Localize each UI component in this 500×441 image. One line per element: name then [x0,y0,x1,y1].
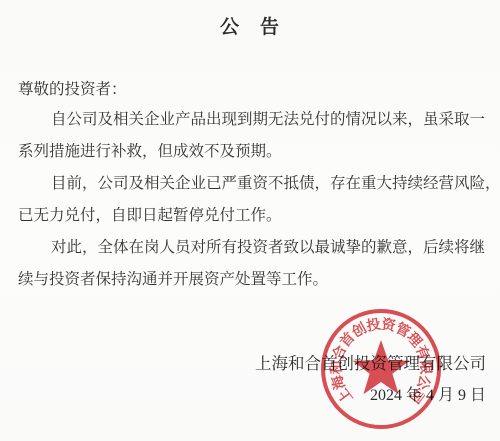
svg-text:海: 海 [328,372,349,391]
paragraph-line: 自公司及相关企业产品出现到期无法兑付的情况以来，虽采取一 [18,104,500,136]
signature-company: 上海和合首创投资管理有限公司 [255,350,486,374]
paragraph-line: 续与投资者保持沟通并开展资产处置等工作。 [18,264,500,296]
announcement-document: 公 告 尊敬的投资者： 自公司及相关企业产品出现到期无法兑付的情况以来，虽采取一… [0,0,500,441]
paragraph-line: 对此，全体在岗人员对所有投资者致以最诚挚的歉意，后续将继 [18,232,500,264]
document-title: 公 告 [0,12,500,39]
document-body: 自公司及相关企业产品出现到期无法兑付的情况以来，虽采取一 系列措施进行补救，但成… [18,104,500,296]
signature-date: 2024 年 4 月 9 日 [370,382,486,405]
svg-text:理: 理 [404,330,426,352]
paragraph-line: 已无力兑付，自即日起暂停兑付工作。 [18,200,500,232]
paragraph-line: 目前，公司及相关企业已严重资不抵债，存在重大持续经营风险， [18,168,500,200]
paragraph-line: 系列措施进行补救，但成效不及预期。 [18,136,500,168]
svg-text:首: 首 [336,329,358,351]
svg-text:投: 投 [365,316,382,335]
svg-text:管: 管 [392,319,413,341]
svg-text:上: 上 [335,385,356,406]
svg-text:资: 资 [380,316,398,335]
salutation: 尊敬的投资者： [18,77,127,99]
svg-text:创: 创 [348,319,369,341]
